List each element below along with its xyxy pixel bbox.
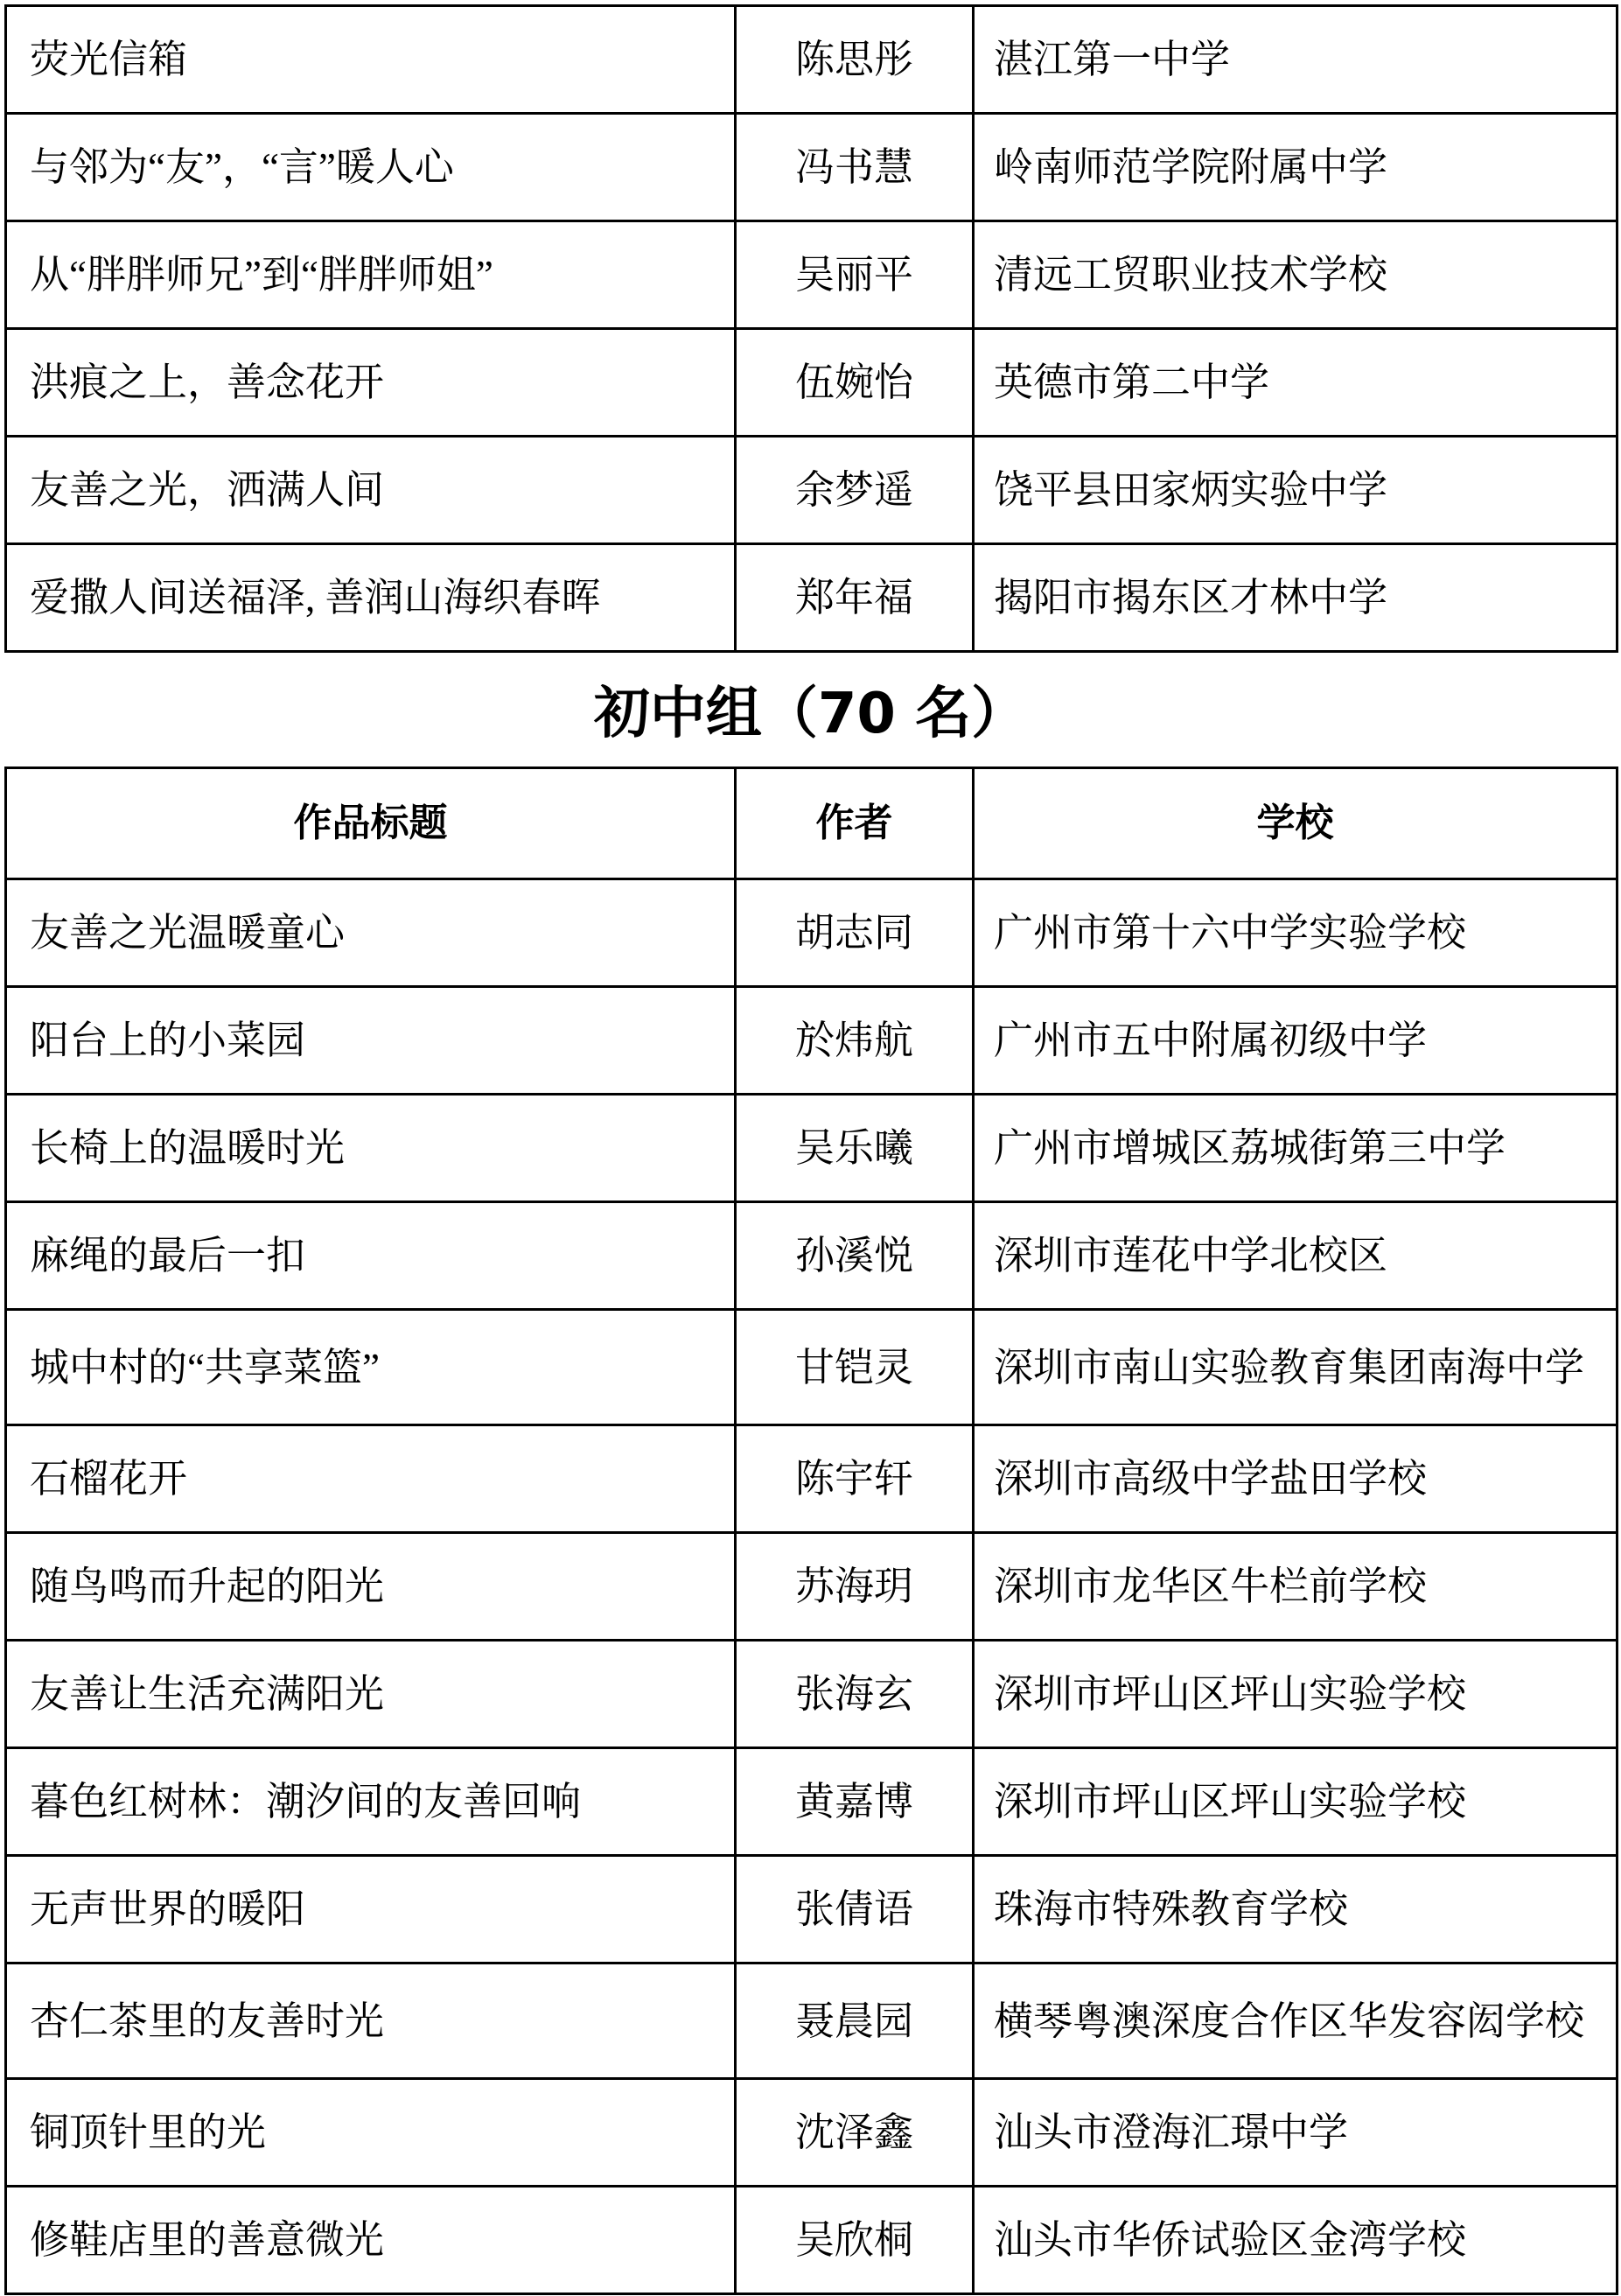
- author: 苏海玥: [736, 1533, 974, 1641]
- table-row: 洪痕之上，善念花开 伍婉怡 英德市第二中学: [6, 329, 1618, 437]
- work-title: 友善之光温暖童心: [6, 879, 736, 987]
- table-row: 杏仁茶里的友善时光 聂晨园 横琴粤澳深度合作区华发容闳学校: [6, 1963, 1618, 2079]
- work-title: 友善让生活充满阳光: [6, 1641, 736, 1748]
- table-row: 修鞋店里的善意微光 吴欣桐 汕头市华侨试验区金湾学校: [6, 2187, 1618, 2294]
- table-row: 铜顶针里的光 沈泽鑫 汕头市澄海汇璟中学: [6, 2079, 1618, 2187]
- school: 汕头市澄海汇璟中学: [974, 2079, 1618, 2187]
- author: 甘铠灵: [736, 1310, 974, 1425]
- table-row: 长椅上的温暖时光 吴乐曦 广州市增城区荔城街第三中学: [6, 1095, 1618, 1202]
- author: 吴乐曦: [736, 1095, 974, 1202]
- school: 深圳市南山实验教育集团南海中学: [974, 1310, 1618, 1425]
- work-title: 与邻为“友”，“言”暖人心: [6, 114, 736, 221]
- table-row: 城中村的“共享菜篮” 甘铠灵 深圳市南山实验教育集团南海中学: [6, 1310, 1618, 1425]
- work-title: 从“胖胖师兄”到“胖胖师姐”: [6, 221, 736, 329]
- table-header-row: 作品标题 作者 学校: [6, 768, 1618, 879]
- work-title: 爱撒人间送福泽, 善润山海织春晖: [6, 544, 736, 652]
- table-row: 无声世界的暖阳 张倩语 珠海市特殊教育学校: [6, 1856, 1618, 1963]
- school: 广州市增城区荔城街第三中学: [974, 1095, 1618, 1202]
- author: 沈泽鑫: [736, 2079, 974, 2187]
- school: 岭南师范学院附属中学: [974, 114, 1618, 221]
- awards-table-previous-section: 荧光信箱 陈思彤 湛江第一中学 与邻为“友”，“言”暖人心 冯书慧 岭南师范学院…: [4, 4, 1618, 653]
- table-row: 石榴花开 陈宇轩 深圳市高级中学盐田学校: [6, 1425, 1618, 1533]
- table-row: 暮色红树林：潮汐间的友善回响 黄嘉博 深圳市坪山区坪山实验学校: [6, 1748, 1618, 1856]
- author: 伍婉怡: [736, 329, 974, 437]
- author: 余梦遥: [736, 437, 974, 544]
- author: 吴丽平: [736, 221, 974, 329]
- table-row: 麻绳的最后一扣 孙溪悦 深圳市莲花中学北校区: [6, 1202, 1618, 1310]
- work-title: 随鸟鸣而升起的阳光: [6, 1533, 736, 1641]
- school: 广州市第十六中学实验学校: [974, 879, 1618, 987]
- school: 珠海市特殊教育学校: [974, 1856, 1618, 1963]
- school: 湛江第一中学: [974, 6, 1618, 114]
- author: 冯书慧: [736, 114, 974, 221]
- work-title: 修鞋店里的善意微光: [6, 2187, 736, 2294]
- work-title: 长椅上的温暖时光: [6, 1095, 736, 1202]
- work-title: 城中村的“共享菜篮”: [6, 1310, 736, 1425]
- table-row: 友善之光温暖童心 胡志同 广州市第十六中学实验学校: [6, 879, 1618, 987]
- table-row: 荧光信箱 陈思彤 湛江第一中学: [6, 6, 1618, 114]
- author: 孙溪悦: [736, 1202, 974, 1310]
- author: 聂晨园: [736, 1963, 974, 2079]
- author: 陈宇轩: [736, 1425, 974, 1533]
- school: 深圳市坪山区坪山实验学校: [974, 1641, 1618, 1748]
- school: 揭阳市揭东区才林中学: [974, 544, 1618, 652]
- work-title: 无声世界的暖阳: [6, 1856, 736, 1963]
- work-title: 荧光信箱: [6, 6, 736, 114]
- section-title-junior-group: 初中组（70 名）: [0, 651, 1621, 766]
- school: 汕头市华侨试验区金湾学校: [974, 2187, 1618, 2294]
- awards-table-junior: 作品标题 作者 学校 友善之光温暖童心 胡志同 广州市第十六中学实验学校 阳台上…: [4, 766, 1618, 2295]
- table-row: 随鸟鸣而升起的阳光 苏海玥 深圳市龙华区牛栏前学校: [6, 1533, 1618, 1641]
- work-title: 铜顶针里的光: [6, 2079, 736, 2187]
- work-title: 杏仁茶里的友善时光: [6, 1963, 736, 2079]
- author: 张海玄: [736, 1641, 974, 1748]
- table-row: 与邻为“友”，“言”暖人心 冯书慧 岭南师范学院附属中学: [6, 114, 1618, 221]
- school: 清远工贸职业技术学校: [974, 221, 1618, 329]
- header-work-title: 作品标题: [6, 768, 736, 879]
- work-title: 阳台上的小菜园: [6, 987, 736, 1095]
- author: 陈思彤: [736, 6, 974, 114]
- school: 广州市五中附属初级中学: [974, 987, 1618, 1095]
- school: 深圳市莲花中学北校区: [974, 1202, 1618, 1310]
- school: 深圳市坪山区坪山实验学校: [974, 1748, 1618, 1856]
- author: 郑年福: [736, 544, 974, 652]
- work-title: 洪痕之上，善念花开: [6, 329, 736, 437]
- author: 於炜航: [736, 987, 974, 1095]
- school: 深圳市高级中学盐田学校: [974, 1425, 1618, 1533]
- school: 英德市第二中学: [974, 329, 1618, 437]
- author: 胡志同: [736, 879, 974, 987]
- school: 横琴粤澳深度合作区华发容闳学校: [974, 1963, 1618, 2079]
- table-row: 友善之光，洒满人间 余梦遥 饶平县田家炳实验中学: [6, 437, 1618, 544]
- work-title: 暮色红树林：潮汐间的友善回响: [6, 1748, 736, 1856]
- author: 张倩语: [736, 1856, 974, 1963]
- table-row: 从“胖胖师兄”到“胖胖师姐” 吴丽平 清远工贸职业技术学校: [6, 221, 1618, 329]
- header-author: 作者: [736, 768, 974, 879]
- table-row: 爱撒人间送福泽, 善润山海织春晖 郑年福 揭阳市揭东区才林中学: [6, 544, 1618, 652]
- work-title: 麻绳的最后一扣: [6, 1202, 736, 1310]
- work-title: 友善之光，洒满人间: [6, 437, 736, 544]
- author: 吴欣桐: [736, 2187, 974, 2294]
- author: 黄嘉博: [736, 1748, 974, 1856]
- table-row: 阳台上的小菜园 於炜航 广州市五中附属初级中学: [6, 987, 1618, 1095]
- table-row: 友善让生活充满阳光 张海玄 深圳市坪山区坪山实验学校: [6, 1641, 1618, 1748]
- header-school: 学校: [974, 768, 1618, 879]
- school: 深圳市龙华区牛栏前学校: [974, 1533, 1618, 1641]
- school: 饶平县田家炳实验中学: [974, 437, 1618, 544]
- work-title: 石榴花开: [6, 1425, 736, 1533]
